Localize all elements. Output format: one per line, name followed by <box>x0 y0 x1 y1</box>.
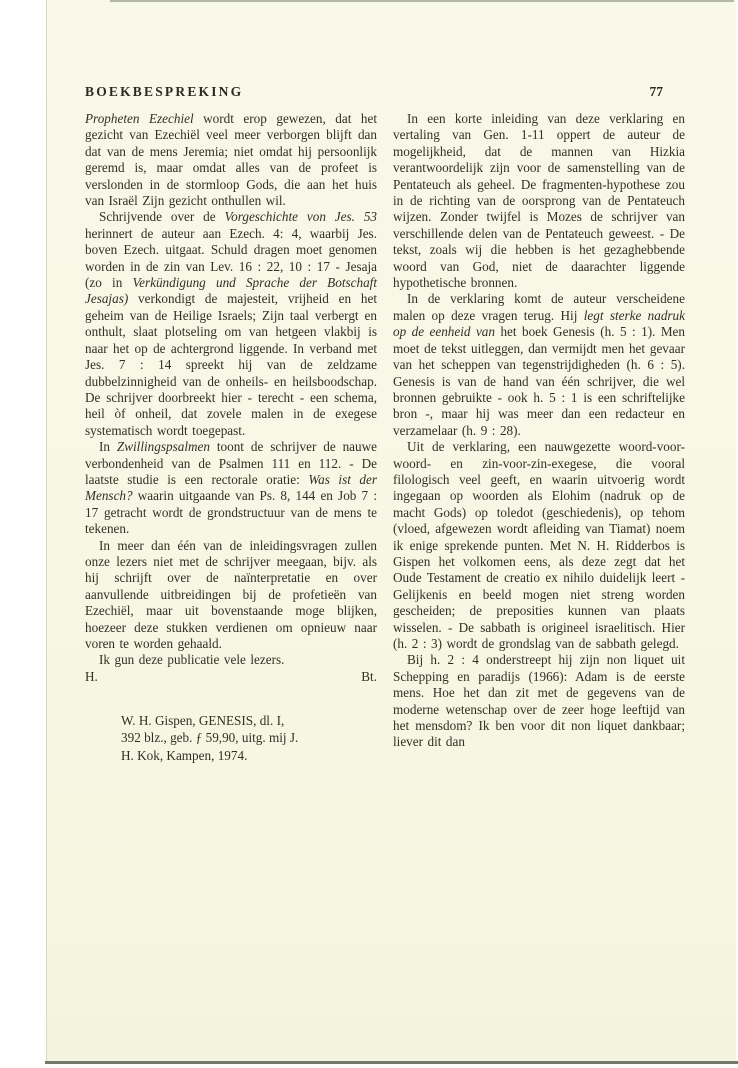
citation-line: H. Kok, Kampen, 1974. <box>121 747 377 764</box>
scan-edge-bottom <box>45 1061 738 1064</box>
signature-initial-left: H. <box>85 669 98 685</box>
page-number: 77 <box>650 84 664 100</box>
running-head: BOEKBESPREKING <box>85 84 243 100</box>
left-column-paragraphs: Propheten Ezechiel wordt erop gewezen, d… <box>85 111 377 669</box>
paragraph: Uit de verklaring, een nauwgezette woord… <box>393 439 685 652</box>
paragraph: In een korte inleiding van deze verklari… <box>393 111 685 291</box>
reviewer-signature: H. Bt. <box>85 669 377 685</box>
paragraph: Schrijvende over de Vorgeschichte von Je… <box>85 209 377 439</box>
book-citation: W. H. Gispen, GENESIS, dl. I,392 blz., g… <box>121 712 377 764</box>
paragraph: In meer dan één van de inleidingsvragen … <box>85 538 377 653</box>
right-column-paragraphs: In een korte inleiding van deze verklari… <box>393 111 685 751</box>
citation-line: W. H. Gispen, GENESIS, dl. I, <box>121 712 377 729</box>
right-column: In een korte inleiding van deze verklari… <box>393 111 685 751</box>
left-column: Propheten Ezechiel wordt erop gewezen, d… <box>85 111 377 764</box>
paragraph: Ik gun deze publicatie vele lezers. <box>85 652 377 668</box>
paragraph: Bij h. 2 : 4 onderstreept hij zijn non l… <box>393 652 685 750</box>
citation-line: 392 blz., geb. ƒ 59,90, uitg. mij J. <box>121 729 377 746</box>
paragraph: In de verklaring komt de auteur verschei… <box>393 291 685 439</box>
paragraph: In Zwillingspsalmen toont de schrijver d… <box>85 439 377 537</box>
signature-initial-right: Bt. <box>361 669 377 685</box>
paragraph: Propheten Ezechiel wordt erop gewezen, d… <box>85 111 377 209</box>
scan-edge-top <box>110 0 734 2</box>
